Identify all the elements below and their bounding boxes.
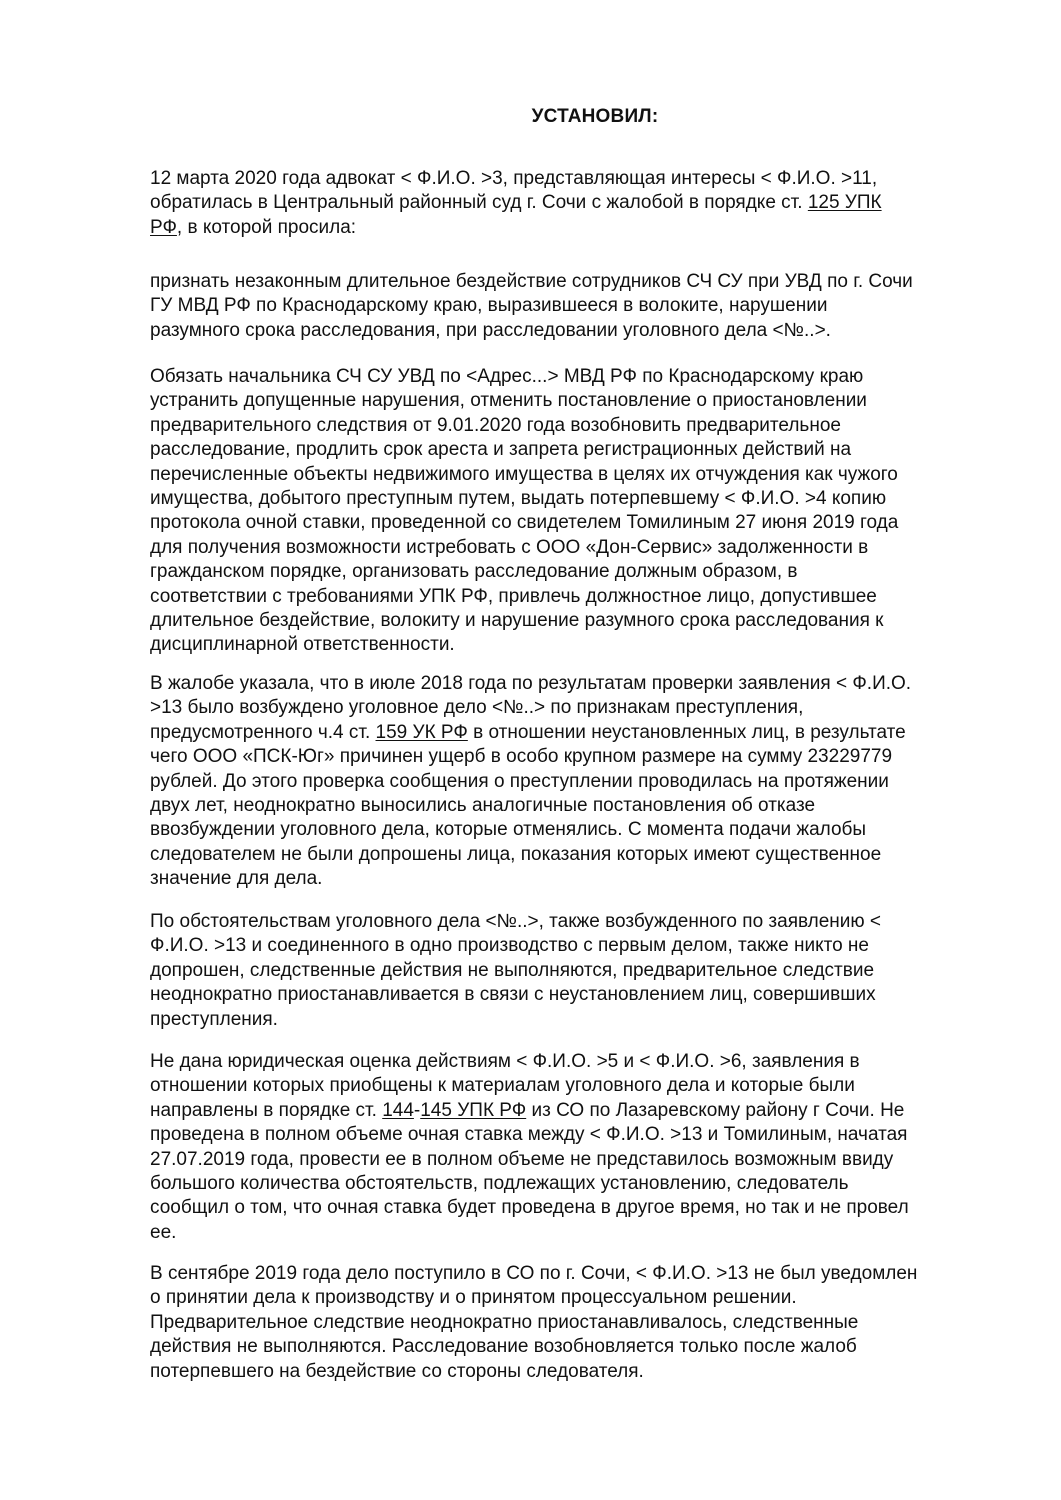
paragraph: Не дана юридическая оценка действиям < Ф…: [150, 1050, 1030, 1245]
text-segment: имущества, добытого преступным путем, вы…: [150, 488, 886, 509]
text-segment: допрошен, следственные действия не выпол…: [150, 960, 874, 981]
text-segment: длительное бездействие, волокиту и наруш…: [150, 610, 883, 631]
text-line: разумного срока расследования, при рассл…: [150, 319, 1030, 343]
text-line: ГУ МВД РФ по Краснодарскому краю, вырази…: [150, 294, 1030, 318]
text-segment: Не дана юридическая оценка действиям < Ф…: [150, 1051, 860, 1072]
text-line: преступления.: [150, 1008, 1030, 1032]
text-segment: о принятии дела к производству и о приня…: [150, 1287, 797, 1308]
text-segment: сообщил о том, что очная ставка будет пр…: [150, 1197, 909, 1218]
text-line: Ф.И.О. >13 и соединенного в одно произво…: [150, 934, 1030, 958]
text-line: соответствии с требованиями УПК РФ, прив…: [150, 585, 1030, 609]
text-line: проведена в полном объеме очная ставка м…: [150, 1123, 1030, 1147]
text-line: гражданском порядке, организовать рассле…: [150, 560, 1030, 584]
text-segment: перечисленные объекты недвижимого имущес…: [150, 464, 898, 485]
text-segment: из СО по Лазаревскому району г Сочи. Не: [526, 1100, 904, 1121]
text-segment: дисциплинарной ответственности.: [150, 634, 455, 655]
text-line: протокола очной ставки, проведенной со с…: [150, 511, 1030, 535]
text-segment: предварительного следствия от 9.01.2020 …: [150, 415, 841, 436]
text-line: В сентябре 2019 года дело поступило в СО…: [150, 1262, 1030, 1286]
text-line: признать незаконным длительное бездейств…: [150, 270, 1030, 294]
paragraph: признать незаконным длительное бездейств…: [150, 270, 1030, 343]
text-segment: чего ООО «ПСК-Юг» причинен ущерб в особо…: [150, 746, 892, 767]
text-line: допрошен, следственные действия не выпол…: [150, 959, 1030, 983]
text-segment: преступления.: [150, 1009, 278, 1030]
text-line: двух лет, неоднократно выносились аналог…: [150, 794, 1030, 818]
text-line: направлены в порядке ст. 144-145 УПК РФ …: [150, 1099, 1030, 1123]
text-segment: проведена в полном объеме очная ставка м…: [150, 1124, 907, 1145]
text-segment: 12 марта 2020 года адвокат < Ф.И.О. >3, …: [150, 168, 877, 189]
text-line: предварительного следствия от 9.01.2020 …: [150, 414, 1030, 438]
law-reference-link[interactable]: РФ: [150, 217, 177, 238]
section-heading: УСТАНОВИЛ:: [150, 104, 1040, 130]
text-segment: в отношении неустановленных лиц, в резул…: [468, 722, 906, 743]
text-line: Не дана юридическая оценка действиям < Ф…: [150, 1050, 1030, 1074]
text-segment: для получения возможности истребовать с …: [150, 537, 868, 558]
paragraph: В сентябре 2019 года дело поступило в СО…: [150, 1262, 1030, 1384]
text-line: действия не выполняются. Расследование в…: [150, 1335, 1030, 1359]
text-line: ввозбуждении уголовного дела, которые от…: [150, 818, 1030, 842]
text-segment: >13 было возбуждено уголовное дело <№..>…: [150, 697, 803, 718]
text-segment: По обстоятельствам уголовного дела <№..>…: [150, 911, 881, 932]
text-segment: признать незаконным длительное бездейств…: [150, 271, 913, 292]
text-line: для получения возможности истребовать с …: [150, 536, 1030, 560]
text-line: 12 марта 2020 года адвокат < Ф.И.О. >3, …: [150, 167, 1030, 191]
text-line: длительное бездействие, волокиту и наруш…: [150, 609, 1030, 633]
paragraph: В жалобе указала, что в июле 2018 года п…: [150, 672, 1030, 892]
text-line: о принятии дела к производству и о приня…: [150, 1286, 1030, 1310]
text-line: расследование, продлить срок ареста и за…: [150, 438, 1030, 462]
law-reference-link[interactable]: 125 УПК: [808, 192, 882, 213]
paragraph: 12 марта 2020 года адвокат < Ф.И.О. >3, …: [150, 167, 1030, 240]
text-segment: В жалобе указала, что в июле 2018 года п…: [150, 673, 911, 694]
text-line: неоднократно приостанавливается в связи …: [150, 983, 1030, 1007]
text-segment: , в которой просила:: [177, 217, 356, 238]
text-segment: потерпевшего на бездействие со стороны с…: [150, 1361, 644, 1382]
text-line: чего ООО «ПСК-Юг» причинен ущерб в особо…: [150, 745, 1030, 769]
text-segment: ввозбуждении уголовного дела, которые от…: [150, 819, 866, 840]
text-line: По обстоятельствам уголовного дела <№..>…: [150, 910, 1030, 934]
text-segment: отношении которых приобщены к материалам…: [150, 1075, 855, 1096]
text-segment: направлены в порядке ст.: [150, 1100, 382, 1121]
text-segment: Обязать начальника СЧ СУ УВД по <Адрес..…: [150, 366, 863, 387]
text-segment: следователем не были допрошены лица, пок…: [150, 844, 881, 865]
text-segment: действия не выполняются. Расследование в…: [150, 1336, 857, 1357]
text-line: сообщил о том, что очная ставка будет пр…: [150, 1196, 1030, 1220]
text-line: предусмотренного ч.4 ст. 159 УК РФ в отн…: [150, 721, 1030, 745]
text-line: большого количества обстоятельств, подле…: [150, 1172, 1030, 1196]
text-segment: двух лет, неоднократно выносились аналог…: [150, 795, 815, 816]
text-segment: обратилась в Центральный районный суд г.…: [150, 192, 808, 213]
law-reference-link[interactable]: 145 УПК РФ: [420, 1100, 526, 1121]
text-segment: предусмотренного ч.4 ст.: [150, 722, 376, 743]
text-line: обратилась в Центральный районный суд г.…: [150, 191, 1030, 215]
text-line: рублей. До этого проверка сообщения о пр…: [150, 770, 1030, 794]
law-reference-link[interactable]: 144: [382, 1100, 414, 1121]
text-segment: значение для дела.: [150, 868, 322, 889]
text-line: устранить допущенные нарушения, отменить…: [150, 389, 1030, 413]
text-segment: рублей. До этого проверка сообщения о пр…: [150, 771, 889, 792]
paragraph: Обязать начальника СЧ СУ УВД по <Адрес..…: [150, 365, 1030, 658]
text-segment: 27.07.2019 года, провести ее в полном об…: [150, 1149, 893, 1170]
text-segment: неоднократно приостанавливается в связи …: [150, 984, 876, 1005]
text-segment: Ф.И.О. >13 и соединенного в одно произво…: [150, 935, 869, 956]
text-line: перечисленные объекты недвижимого имущес…: [150, 463, 1030, 487]
text-line: 27.07.2019 года, провести ее в полном об…: [150, 1148, 1030, 1172]
text-segment: расследование, продлить срок ареста и за…: [150, 439, 851, 460]
text-line: следователем не были допрошены лица, пок…: [150, 843, 1030, 867]
text-line: имущества, добытого преступным путем, вы…: [150, 487, 1030, 511]
text-line: >13 было возбуждено уголовное дело <№..>…: [150, 696, 1030, 720]
text-segment: Предварительное следствие неоднократно п…: [150, 1312, 858, 1333]
text-line: ее.: [150, 1221, 1030, 1245]
text-line: потерпевшего на бездействие со стороны с…: [150, 1360, 1030, 1384]
text-line: дисциплинарной ответственности.: [150, 633, 1030, 657]
text-segment: разумного срока расследования, при рассл…: [150, 320, 831, 341]
text-line: В жалобе указала, что в июле 2018 года п…: [150, 672, 1030, 696]
text-line: Предварительное следствие неоднократно п…: [150, 1311, 1030, 1335]
text-segment: В сентябре 2019 года дело поступило в СО…: [150, 1263, 917, 1284]
text-segment: большого количества обстоятельств, подле…: [150, 1173, 849, 1194]
text-segment: устранить допущенные нарушения, отменить…: [150, 390, 867, 411]
text-segment: ГУ МВД РФ по Краснодарскому краю, вырази…: [150, 295, 827, 316]
text-line: отношении которых приобщены к материалам…: [150, 1074, 1030, 1098]
text-line: значение для дела.: [150, 867, 1030, 891]
text-segment: протокола очной ставки, проведенной со с…: [150, 512, 898, 533]
text-line: Обязать начальника СЧ СУ УВД по <Адрес..…: [150, 365, 1030, 389]
law-reference-link[interactable]: 159 УК РФ: [376, 722, 468, 743]
text-segment: соответствии с требованиями УПК РФ, прив…: [150, 586, 877, 607]
text-line: РФ, в которой просила:: [150, 216, 1030, 240]
text-segment: ее.: [150, 1222, 176, 1243]
text-segment: гражданском порядке, организовать рассле…: [150, 561, 797, 582]
paragraph: По обстоятельствам уголовного дела <№..>…: [150, 910, 1030, 1032]
